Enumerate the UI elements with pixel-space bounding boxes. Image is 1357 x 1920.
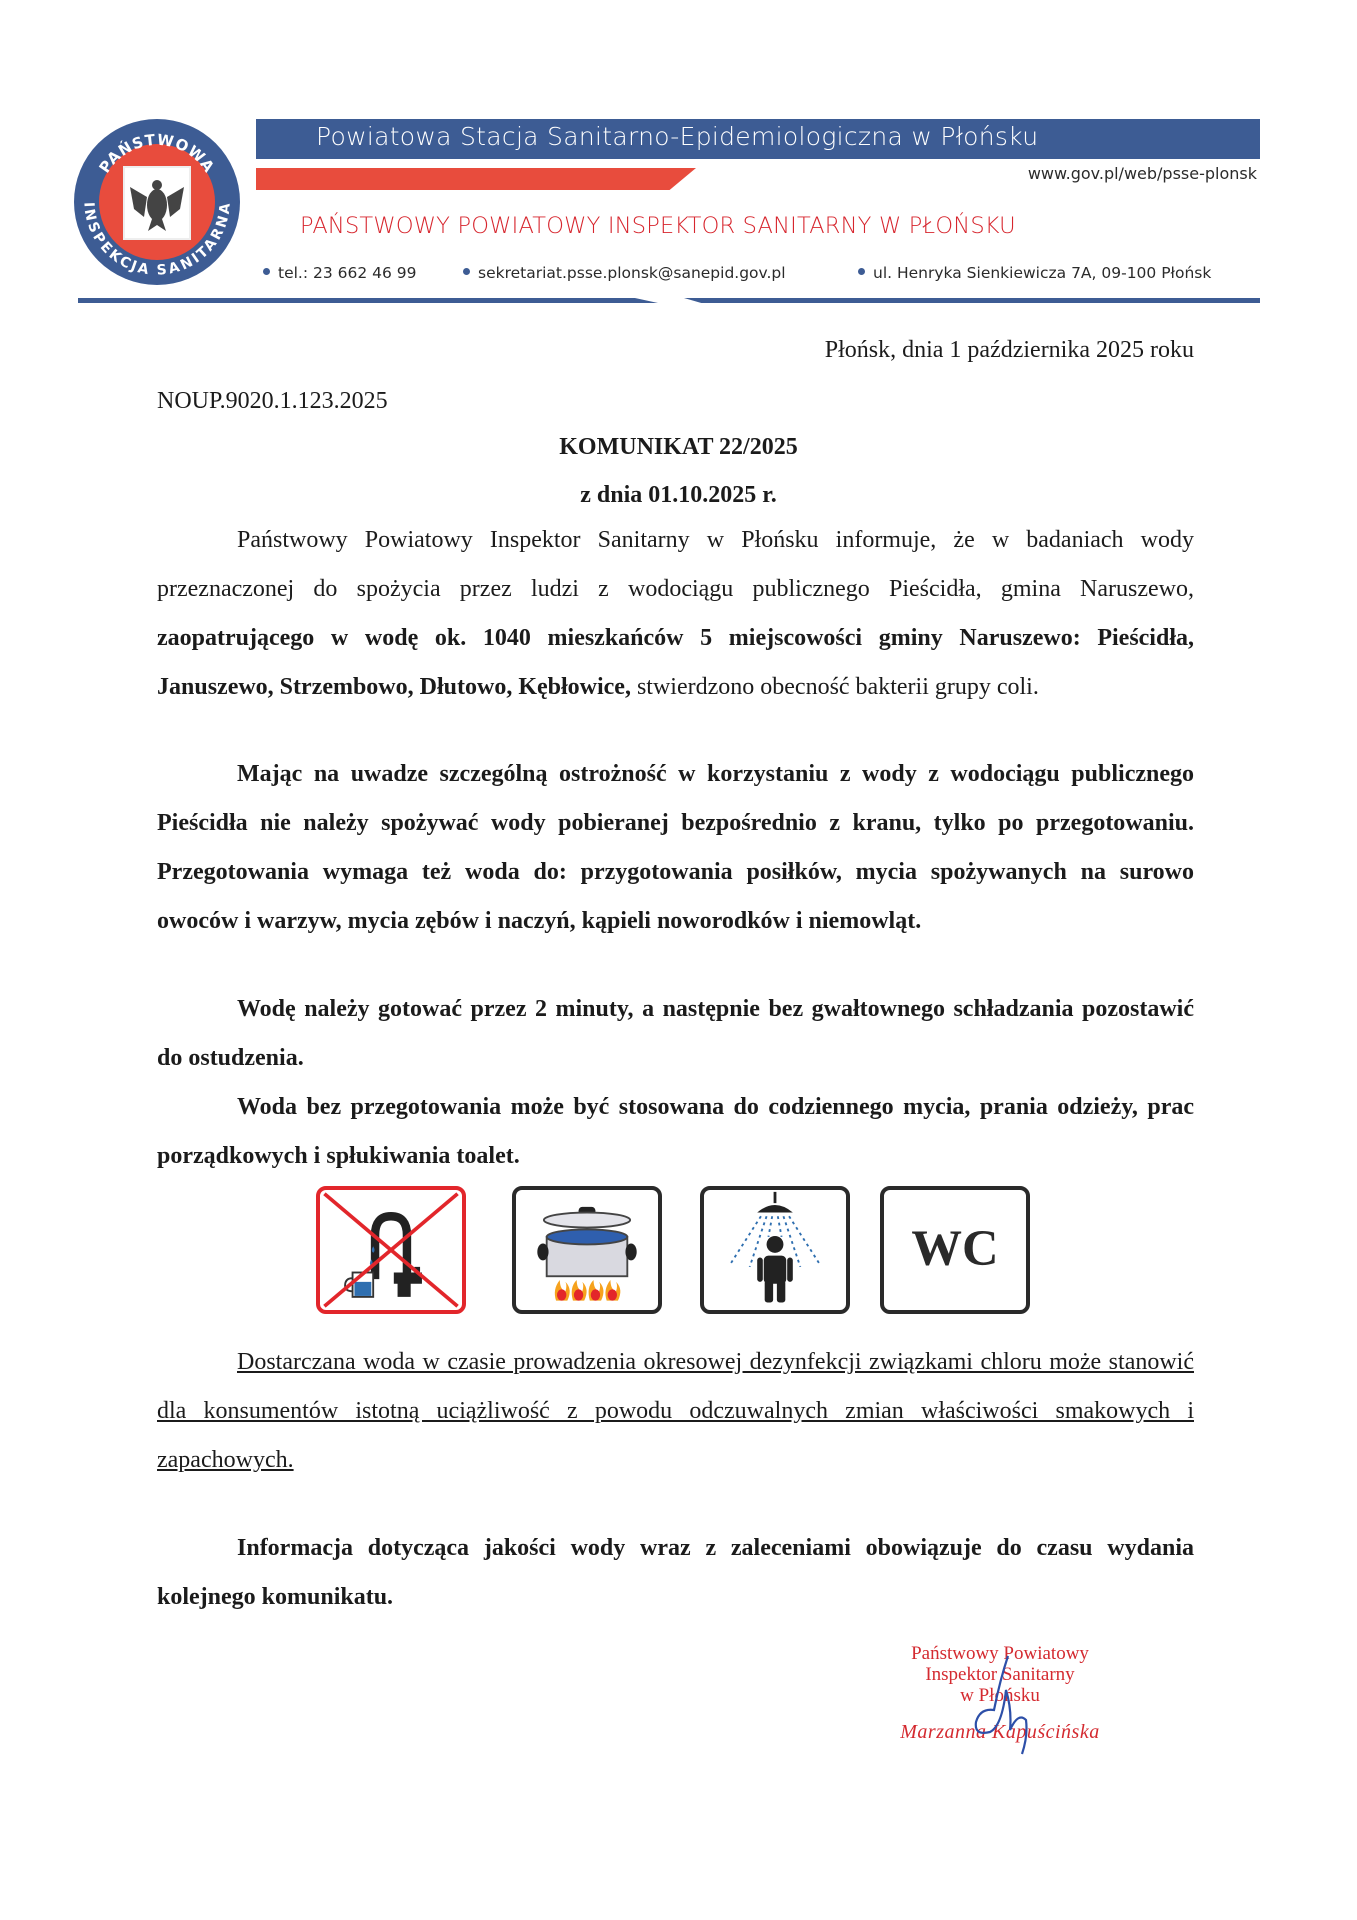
bullet-icon xyxy=(858,268,865,275)
paragraph-validity: Informacja dotycząca jakości wody wraz z… xyxy=(157,1524,1194,1622)
header-divider-right xyxy=(684,298,1260,303)
shower-icon xyxy=(700,1186,850,1314)
paragraph-findings: Państwowy Powiatowy Inspektor Sanitarny … xyxy=(157,516,1194,712)
contact-phone: tel.: 23 662 46 99 xyxy=(263,264,417,282)
handwritten-signature-icon xyxy=(960,1650,1040,1760)
institution-name: Powiatowa Stacja Sanitarno-Epidemiologic… xyxy=(316,122,1038,151)
paragraph-boil-advisory: Mając na uwadze szczególną ostrożność w … xyxy=(157,750,1194,946)
inspekcja-sanitarna-logo: PAŃSTWOWA INSPEKCJA SANITARNA xyxy=(72,117,242,287)
reference-number: NOUP.9020.1.123.2025 xyxy=(157,377,388,426)
svg-text:WC: WC xyxy=(911,1220,998,1276)
no-tap-water-drinking-icon xyxy=(316,1186,466,1314)
bullet-icon xyxy=(263,268,270,275)
paragraph-chlorine-notice: Dostarczana woda w czasie prowadzenia ok… xyxy=(157,1338,1194,1485)
contact-email[interactable]: sekretariat.psse.plonsk@sanepid.gov.pl xyxy=(463,264,786,282)
place-date: Płońsk, dnia 1 października 2025 roku xyxy=(825,326,1194,375)
inspector-title: PAŃSTWOWY POWIATOWY INSPEKTOR SANITARNY … xyxy=(300,213,1016,239)
red-accent-band xyxy=(256,168,696,190)
website-link[interactable]: www.gov.pl/web/psse-plonsk xyxy=(1028,164,1257,183)
wc-icon: WC xyxy=(880,1186,1030,1314)
header-divider-left xyxy=(78,298,658,303)
institution-banner: Powiatowa Stacja Sanitarno-Epidemiologic… xyxy=(256,119,1260,159)
document-subtitle: z dnia 01.10.2025 r. xyxy=(0,471,1357,520)
boiling-pot-icon xyxy=(512,1186,662,1314)
bullet-icon xyxy=(463,268,470,275)
paragraph-allowed-uses: Woda bez przegotowania może być stosowan… xyxy=(157,1083,1194,1181)
document-title: KOMUNIKAT 22/2025 xyxy=(0,423,1357,472)
contact-address: ul. Henryka Sienkiewicza 7A, 09-100 Płoń… xyxy=(858,264,1211,282)
paragraph-boiling-time: Wodę należy gotować przez 2 minuty, a na… xyxy=(157,985,1194,1083)
